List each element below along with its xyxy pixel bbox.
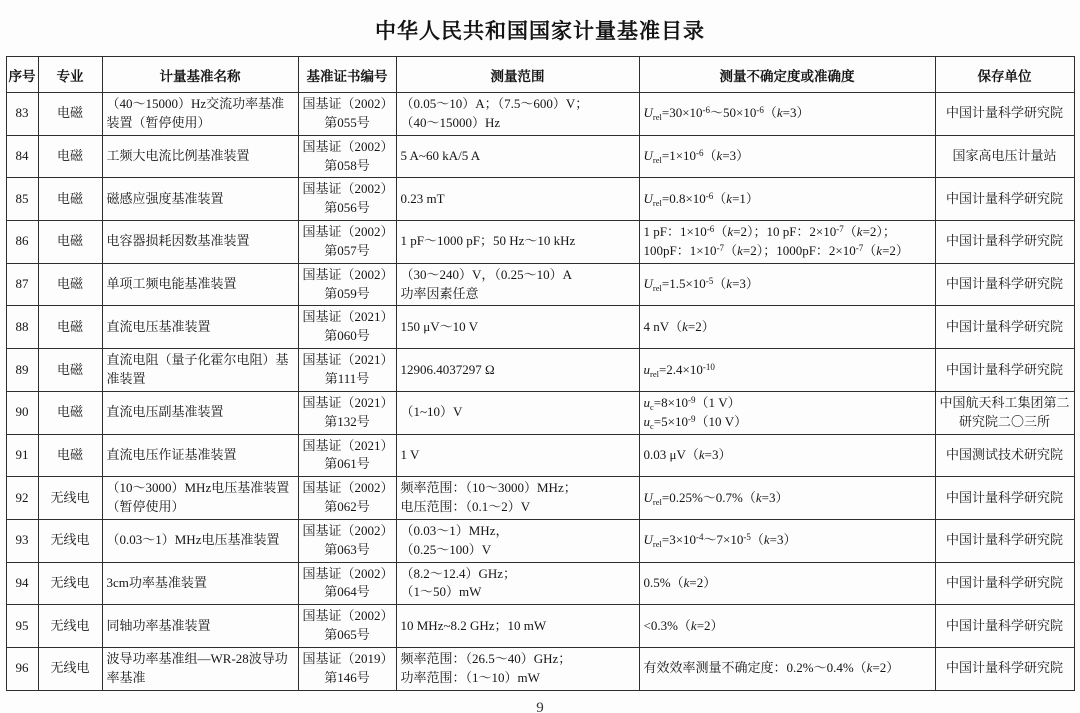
- cell-line: 88: [11, 318, 34, 337]
- cell-line: 磁感应强度基准装置: [107, 190, 294, 209]
- cell-no: 89: [6, 349, 38, 392]
- cell-line: 中国计量科学研究院: [940, 190, 1070, 209]
- cell-uncertainty: Urel=0.25%～0.7%（k=3）: [639, 477, 935, 520]
- table-row: 93无线电（0.03～1）MHz电压基准装置国基证（2002）第063号（0.0…: [6, 519, 1074, 562]
- cell-uncertainty: 0.03 μV（k=3）: [639, 434, 935, 477]
- cell-line: 第061号: [303, 455, 392, 474]
- cell-uncertainty: Urel=1.5×10-5（k=3）: [639, 263, 935, 306]
- cell-range: 5 A~60 kA/5 A: [396, 135, 639, 178]
- cell-line: Urel=30×10-6～50×10-6（k=3）: [644, 104, 931, 123]
- cell-name: （0.03～1）MHz电压基准装置: [102, 519, 298, 562]
- cell-line: 第111号: [303, 370, 392, 389]
- cell-line: 0.5%（k=2）: [644, 574, 931, 593]
- cell-line: 中国航天科工集团第二研究院二〇三所: [940, 394, 1070, 432]
- cell-range: 0.23 mT: [396, 178, 639, 221]
- cell-line: 国基证（2021）: [303, 351, 392, 370]
- cell-line: 中国计量科学研究院: [940, 489, 1070, 508]
- cell-cert: 国基证（2002）第058号: [298, 135, 396, 178]
- cell-no: 93: [6, 519, 38, 562]
- cell-line: 无线电: [43, 531, 98, 550]
- cell-line: 电压范围：（0.1～2）V: [401, 498, 635, 517]
- header-row: 序号专业计量基准名称基准证书编号测量范围测量不确定度或准确度保存单位: [6, 57, 1074, 93]
- cell-line: 无线电: [43, 659, 98, 678]
- cell-line: 电磁: [43, 318, 98, 337]
- cell-no: 88: [6, 306, 38, 349]
- table-row: 83电磁（40～15000）Hz交流功率基准装置（暂停使用）国基证（2002）第…: [6, 93, 1074, 136]
- cell-range: 频率范围：（26.5～40）GHz；功率范围：（1～10）mW: [396, 647, 639, 690]
- cell-unit: 中国计量科学研究院: [935, 605, 1074, 648]
- cell-line: （40～15000）Hz交流功率基准装置（暂停使用）: [107, 95, 294, 133]
- cell-line: urel=2.4×10-10: [644, 361, 931, 380]
- cell-line: （40～15000）Hz: [401, 114, 635, 133]
- cell-line: 工频大电流比例基准装置: [107, 147, 294, 166]
- cell-cert: 国基证（2002）第065号: [298, 605, 396, 648]
- cell-unit: 中国计量科学研究院: [935, 519, 1074, 562]
- cell-name: 磁感应强度基准装置: [102, 178, 298, 221]
- cell-cert: 国基证（2002）第057号: [298, 221, 396, 264]
- cell-uncertainty: Urel=3×10-4～7×10-5（k=3）: [639, 519, 935, 562]
- cell-line: 中国计量科学研究院: [940, 617, 1070, 636]
- cell-line: 第064号: [303, 583, 392, 602]
- cell-unit: 中国计量科学研究院: [935, 647, 1074, 690]
- cell-unit: 中国航天科工集团第二研究院二〇三所: [935, 391, 1074, 434]
- table-row: 94无线电3cm功率基准装置国基证（2002）第064号（8.2～12.4）GH…: [6, 562, 1074, 605]
- cell-line: 5 A~60 kA/5 A: [401, 147, 635, 166]
- cell-line: 电磁: [43, 361, 98, 380]
- cell-name: 直流电压基准装置: [102, 306, 298, 349]
- cell-unit: 中国计量科学研究院: [935, 221, 1074, 264]
- cell-line: 中国测试技术研究院: [940, 446, 1070, 465]
- cell-line: 无线电: [43, 574, 98, 593]
- cell-uncertainty: Urel=1×10-6（k=3）: [639, 135, 935, 178]
- cell-line: 国基证（2019）: [303, 650, 392, 669]
- cell-uncertainty: Urel=0.8×10-6（k=1）: [639, 178, 935, 221]
- cell-line: 国基证（2002）: [303, 180, 392, 199]
- cell-cert: 国基证（2002）第064号: [298, 562, 396, 605]
- cell-line: <0.3%（k=2）: [644, 617, 931, 636]
- cell-category: 电磁: [38, 263, 102, 306]
- cell-line: （0.05～10）A；（7.5～600）V；: [401, 95, 635, 114]
- cell-no: 96: [6, 647, 38, 690]
- cell-line: 中国计量科学研究院: [940, 275, 1070, 294]
- table-header: 序号专业计量基准名称基准证书编号测量范围测量不确定度或准确度保存单位: [6, 57, 1074, 93]
- cell-unit: 中国测试技术研究院: [935, 434, 1074, 477]
- cell-category: 电磁: [38, 221, 102, 264]
- cell-line: 电磁: [43, 275, 98, 294]
- cell-name: 直流电压副基准装置: [102, 391, 298, 434]
- cell-line: 直流电压基准装置: [107, 318, 294, 337]
- cell-name: （10～3000）MHz电压基准装置（暂停使用）: [102, 477, 298, 520]
- cell-line: 第060号: [303, 327, 392, 346]
- cell-line: 国基证（2021）: [303, 394, 392, 413]
- cell-line: 中国计量科学研究院: [940, 531, 1070, 550]
- cell-line: 国基证（2002）: [303, 565, 392, 584]
- cell-range: 10 MHz~8.2 GHz；10 mW: [396, 605, 639, 648]
- cell-line: 10 MHz~8.2 GHz；10 mW: [401, 617, 635, 636]
- cell-unit: 中国计量科学研究院: [935, 306, 1074, 349]
- cell-unit: 中国计量科学研究院: [935, 477, 1074, 520]
- cell-range: 150 μV～10 V: [396, 306, 639, 349]
- cell-line: 第146号: [303, 669, 392, 688]
- cell-line: （10～3000）MHz电压基准装置（暂停使用）: [107, 479, 294, 517]
- cell-name: （40～15000）Hz交流功率基准装置（暂停使用）: [102, 93, 298, 136]
- table-row: 87电磁单项工频电能基准装置国基证（2002）第059号（30～240）V，（0…: [6, 263, 1074, 306]
- cell-category: 无线电: [38, 562, 102, 605]
- cell-range: 频率范围：（10～3000）MHz；电压范围：（0.1～2）V: [396, 477, 639, 520]
- cell-line: 中国计量科学研究院: [940, 361, 1070, 380]
- cell-line: 87: [11, 275, 34, 294]
- cell-line: 91: [11, 446, 34, 465]
- cell-no: 85: [6, 178, 38, 221]
- column-header-no: 序号: [6, 57, 38, 93]
- cell-category: 电磁: [38, 434, 102, 477]
- cell-line: 150 μV～10 V: [401, 318, 635, 337]
- cell-line: 功率因素任意: [401, 285, 635, 304]
- cell-line: 国基证（2002）: [303, 479, 392, 498]
- column-header-uncertainty: 测量不确定度或准确度: [639, 57, 935, 93]
- cell-line: 国基证（2021）: [303, 437, 392, 456]
- cell-range: 12906.4037297 Ω: [396, 349, 639, 392]
- cell-line: （0.03～1）MHz，: [401, 522, 635, 541]
- cell-unit: 中国计量科学研究院: [935, 178, 1074, 221]
- table-row: 85电磁磁感应强度基准装置国基证（2002）第056号0.23 mTUrel=0…: [6, 178, 1074, 221]
- cell-line: 第062号: [303, 498, 392, 517]
- column-header-category: 专业: [38, 57, 102, 93]
- cell-category: 电磁: [38, 306, 102, 349]
- cell-category: 电磁: [38, 349, 102, 392]
- page-number: 9: [0, 700, 1080, 713]
- cell-line: 第132号: [303, 413, 392, 432]
- cell-category: 电磁: [38, 391, 102, 434]
- cell-range: 1 pF～1000 pF；50 Hz～10 kHz: [396, 221, 639, 264]
- cell-no: 95: [6, 605, 38, 648]
- cell-line: 波导功率基准组—WR-28波导功率基准: [107, 650, 294, 688]
- cell-line: 0.03 μV（k=3）: [644, 446, 931, 465]
- cell-line: 电磁: [43, 403, 98, 422]
- cell-line: （30～240）V，（0.25～10）A: [401, 266, 635, 285]
- cell-line: 直流电阻（量子化霍尔电阻）基准装置: [107, 351, 294, 389]
- cell-name: 3cm功率基准装置: [102, 562, 298, 605]
- cell-name: 波导功率基准组—WR-28波导功率基准: [102, 647, 298, 690]
- cell-uncertainty: 0.5%（k=2）: [639, 562, 935, 605]
- cell-name: 同轴功率基准装置: [102, 605, 298, 648]
- cell-no: 94: [6, 562, 38, 605]
- cell-cert: 国基证（2021）第060号: [298, 306, 396, 349]
- cell-line: uc=5×10-9（10 V）: [644, 413, 931, 432]
- table-body: 83电磁（40～15000）Hz交流功率基准装置（暂停使用）国基证（2002）第…: [6, 93, 1074, 691]
- cell-unit: 中国计量科学研究院: [935, 562, 1074, 605]
- cell-line: 无线电: [43, 617, 98, 636]
- cell-uncertainty: 有效效率测量不确定度：0.2%～0.4%（k=2）: [639, 647, 935, 690]
- cell-line: uc=8×10-9（1 V）: [644, 394, 931, 413]
- cell-category: 无线电: [38, 477, 102, 520]
- cell-line: （1~10）V: [401, 403, 635, 422]
- cell-line: （0.03～1）MHz电压基准装置: [107, 531, 294, 550]
- column-header-name: 计量基准名称: [102, 57, 298, 93]
- cell-line: 96: [11, 659, 34, 678]
- cell-line: （1～50）mW: [401, 583, 635, 602]
- cell-line: 中国计量科学研究院: [940, 574, 1070, 593]
- cell-no: 86: [6, 221, 38, 264]
- cell-cert: 国基证（2021）第111号: [298, 349, 396, 392]
- cell-line: 功率范围：（1～10）mW: [401, 669, 635, 688]
- cell-line: 90: [11, 403, 34, 422]
- table-row: 86电磁电容器损耗因数基准装置国基证（2002）第057号1 pF～1000 p…: [6, 221, 1074, 264]
- cell-cert: 国基证（2002）第059号: [298, 263, 396, 306]
- standards-table: 序号专业计量基准名称基准证书编号测量范围测量不确定度或准确度保存单位 83电磁（…: [6, 56, 1075, 691]
- cell-line: 中国计量科学研究院: [940, 104, 1070, 123]
- cell-line: 单项工频电能基准装置: [107, 275, 294, 294]
- cell-line: 第063号: [303, 541, 392, 560]
- cell-range: （8.2～12.4）GHz；（1～50）mW: [396, 562, 639, 605]
- cell-line: 电磁: [43, 446, 98, 465]
- cell-range: （0.03～1）MHz，（0.25～100）V: [396, 519, 639, 562]
- table-row: 88电磁直流电压基准装置国基证（2021）第060号150 μV～10 V4 n…: [6, 306, 1074, 349]
- cell-name: 单项工频电能基准装置: [102, 263, 298, 306]
- cell-uncertainty: urel=2.4×10-10: [639, 349, 935, 392]
- cell-line: 国基证（2002）: [303, 95, 392, 114]
- cell-line: 频率范围：（10～3000）MHz；: [401, 479, 635, 498]
- cell-category: 电磁: [38, 178, 102, 221]
- cell-line: 国家高电压计量站: [940, 147, 1070, 166]
- cell-line: 第058号: [303, 157, 392, 176]
- cell-unit: 国家高电压计量站: [935, 135, 1074, 178]
- cell-line: 频率范围：（26.5～40）GHz；: [401, 650, 635, 669]
- cell-line: 3cm功率基准装置: [107, 574, 294, 593]
- cell-category: 无线电: [38, 647, 102, 690]
- cell-line: Urel=0.25%～0.7%（k=3）: [644, 489, 931, 508]
- cell-no: 90: [6, 391, 38, 434]
- cell-no: 91: [6, 434, 38, 477]
- cell-no: 84: [6, 135, 38, 178]
- cell-range: （1~10）V: [396, 391, 639, 434]
- cell-line: 第065号: [303, 626, 392, 645]
- cell-name: 直流电阻（量子化霍尔电阻）基准装置: [102, 349, 298, 392]
- cell-cert: 国基证（2002）第056号: [298, 178, 396, 221]
- cell-line: 1 pF：1×10-6（k=2）；10 pF：2×10-7（k=2）；: [644, 223, 931, 242]
- cell-line: 国基证（2002）: [303, 522, 392, 541]
- cell-line: 有效效率测量不确定度：0.2%～0.4%（k=2）: [644, 659, 931, 678]
- cell-line: 电磁: [43, 190, 98, 209]
- cell-line: 国基证（2021）: [303, 308, 392, 327]
- cell-line: （0.25～100）V: [401, 541, 635, 560]
- cell-line: 1 V: [401, 446, 635, 465]
- table-row: 91电磁直流电压作证基准装置国基证（2021）第061号1 V0.03 μV（k…: [6, 434, 1074, 477]
- cell-line: 第057号: [303, 242, 392, 261]
- cell-uncertainty: uc=8×10-9（1 V）uc=5×10-9（10 V）: [639, 391, 935, 434]
- column-header-cert: 基准证书编号: [298, 57, 396, 93]
- cell-uncertainty: 1 pF：1×10-6（k=2）；10 pF：2×10-7（k=2）；100pF…: [639, 221, 935, 264]
- cell-line: 国基证（2002）: [303, 607, 392, 626]
- cell-name: 电容器损耗因数基准装置: [102, 221, 298, 264]
- cell-name: 直流电压作证基准装置: [102, 434, 298, 477]
- cell-line: 92: [11, 489, 34, 508]
- cell-category: 电磁: [38, 135, 102, 178]
- cell-line: 电磁: [43, 104, 98, 123]
- table-row: 89电磁直流电阻（量子化霍尔电阻）基准装置国基证（2021）第111号12906…: [6, 349, 1074, 392]
- cell-line: 中国计量科学研究院: [940, 659, 1070, 678]
- column-header-range: 测量范围: [396, 57, 639, 93]
- cell-line: 0.23 mT: [401, 190, 635, 209]
- cell-cert: 国基证（2021）第061号: [298, 434, 396, 477]
- column-header-unit: 保存单位: [935, 57, 1074, 93]
- cell-line: 86: [11, 232, 34, 251]
- cell-line: 84: [11, 147, 34, 166]
- cell-line: Urel=1×10-6（k=3）: [644, 147, 931, 166]
- cell-cert: 国基证（2002）第055号: [298, 93, 396, 136]
- cell-cert: 国基证（2019）第146号: [298, 647, 396, 690]
- cell-unit: 中国计量科学研究院: [935, 263, 1074, 306]
- table-row: 96无线电波导功率基准组—WR-28波导功率基准国基证（2019）第146号频率…: [6, 647, 1074, 690]
- cell-category: 无线电: [38, 519, 102, 562]
- cell-unit: 中国计量科学研究院: [935, 93, 1074, 136]
- cell-line: 中国计量科学研究院: [940, 232, 1070, 251]
- cell-range: 1 V: [396, 434, 639, 477]
- cell-cert: 国基证（2002）第063号: [298, 519, 396, 562]
- cell-no: 87: [6, 263, 38, 306]
- cell-range: （0.05～10）A；（7.5～600）V；（40～15000）Hz: [396, 93, 639, 136]
- table-row: 95无线电同轴功率基准装置国基证（2002）第065号10 MHz~8.2 GH…: [6, 605, 1074, 648]
- table-row: 84电磁工频大电流比例基准装置国基证（2002）第058号5 A~60 kA/5…: [6, 135, 1074, 178]
- cell-line: 同轴功率基准装置: [107, 617, 294, 636]
- cell-uncertainty: <0.3%（k=2）: [639, 605, 935, 648]
- cell-line: Urel=1.5×10-5（k=3）: [644, 275, 931, 294]
- cell-category: 无线电: [38, 605, 102, 648]
- cell-category: 电磁: [38, 93, 102, 136]
- cell-line: （8.2～12.4）GHz；: [401, 565, 635, 584]
- cell-line: 直流电压作证基准装置: [107, 446, 294, 465]
- cell-line: 电磁: [43, 232, 98, 251]
- cell-line: 直流电压副基准装置: [107, 403, 294, 422]
- cell-line: 95: [11, 617, 34, 636]
- table-row: 92无线电（10～3000）MHz电压基准装置（暂停使用）国基证（2002）第0…: [6, 477, 1074, 520]
- cell-line: 1 pF～1000 pF；50 Hz～10 kHz: [401, 232, 635, 251]
- cell-uncertainty: 4 nV（k=2）: [639, 306, 935, 349]
- cell-no: 92: [6, 477, 38, 520]
- cell-line: 中国计量科学研究院: [940, 318, 1070, 337]
- cell-line: 12906.4037297 Ω: [401, 361, 635, 380]
- cell-uncertainty: Urel=30×10-6～50×10-6（k=3）: [639, 93, 935, 136]
- cell-line: 国基证（2002）: [303, 266, 392, 285]
- page-title: 中华人民共和国国家计量基准目录: [0, 15, 1080, 45]
- cell-line: 94: [11, 574, 34, 593]
- cell-line: 无线电: [43, 489, 98, 508]
- cell-line: 国基证（2002）: [303, 138, 392, 157]
- cell-line: 电容器损耗因数基准装置: [107, 232, 294, 251]
- cell-name: 工频大电流比例基准装置: [102, 135, 298, 178]
- table-row: 90电磁直流电压副基准装置国基证（2021）第132号（1~10）Vuc=8×1…: [6, 391, 1074, 434]
- cell-line: 电磁: [43, 147, 98, 166]
- cell-line: 100pF：1×10-7（k=2）；1000pF：2×10-7（k=2）: [644, 242, 931, 261]
- cell-unit: 中国计量科学研究院: [935, 349, 1074, 392]
- cell-line: Urel=3×10-4～7×10-5（k=3）: [644, 531, 931, 550]
- cell-range: （30～240）V，（0.25～10）A功率因素任意: [396, 263, 639, 306]
- cell-no: 83: [6, 93, 38, 136]
- cell-line: 第055号: [303, 114, 392, 133]
- cell-line: 第056号: [303, 199, 392, 218]
- cell-line: 89: [11, 361, 34, 380]
- cell-cert: 国基证（2002）第062号: [298, 477, 396, 520]
- document-page: 中华人民共和国国家计量基准目录 序号专业计量基准名称基准证书编号测量范围测量不确…: [0, 0, 1080, 713]
- cell-cert: 国基证（2021）第132号: [298, 391, 396, 434]
- cell-line: 国基证（2002）: [303, 223, 392, 242]
- cell-line: 83: [11, 104, 34, 123]
- cell-line: 85: [11, 190, 34, 209]
- cell-line: 93: [11, 531, 34, 550]
- cell-line: Urel=0.8×10-6（k=1）: [644, 190, 931, 209]
- cell-line: 4 nV（k=2）: [644, 318, 931, 337]
- cell-line: 第059号: [303, 285, 392, 304]
